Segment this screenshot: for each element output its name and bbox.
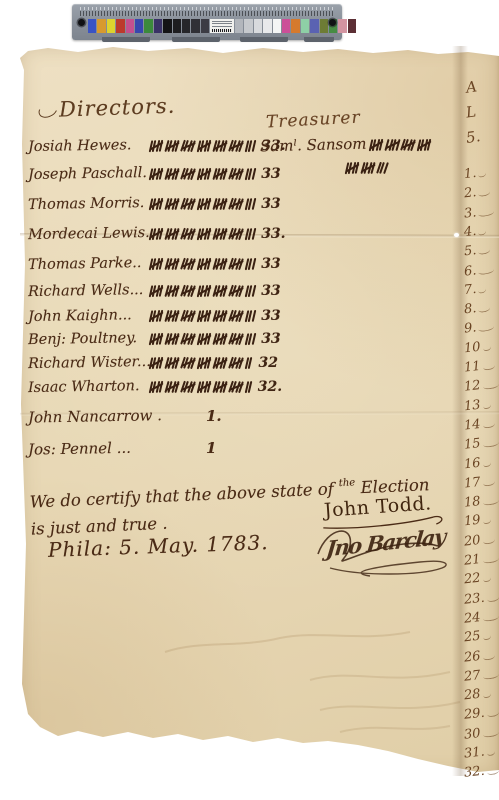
tally-group — [198, 168, 213, 181]
vote-count: 33 — [261, 256, 280, 272]
color-patch — [116, 19, 124, 33]
line-number: 1. — [463, 166, 477, 182]
color-patch — [235, 19, 243, 33]
cutoff-writing-squiggle — [486, 748, 495, 756]
director-row: John Kaighn...33 — [28, 308, 278, 324]
director-row: Thomas Parke..33 — [28, 256, 278, 272]
treasurer-tallies-2 — [346, 162, 390, 174]
color-patch — [282, 19, 290, 33]
inserted-word: the — [339, 477, 356, 489]
tally-stroke — [248, 357, 253, 369]
tally-group — [182, 168, 197, 181]
color-patch — [88, 19, 96, 33]
tally-group — [198, 198, 213, 211]
tally-marks — [150, 258, 258, 270]
tally-group — [214, 285, 228, 297]
color-patch — [244, 19, 252, 33]
cutoff-writing-squiggle — [482, 633, 491, 641]
tally-stroke — [251, 333, 256, 345]
line-number: 8. — [463, 301, 477, 317]
cutoff-writing-squiggle — [482, 459, 491, 467]
tally-marks — [150, 228, 258, 240]
vote-count: 1. — [206, 407, 222, 425]
flourish-icon — [36, 99, 60, 121]
side-page-line-number: 10 — [463, 338, 491, 356]
tally-group — [198, 140, 213, 153]
cutoff-writing-squiggle — [482, 555, 499, 564]
line-number: 20 — [463, 533, 481, 550]
tally-group — [166, 357, 180, 369]
vote-count: 33. — [261, 226, 285, 242]
side-page-line-number: 6. — [463, 261, 495, 279]
directors-heading: Directors. — [38, 94, 176, 123]
bar-tab — [102, 37, 150, 42]
bar-tab — [172, 37, 220, 42]
tally-stroke — [251, 228, 256, 240]
color-patch — [144, 19, 152, 33]
line-number: 4. — [463, 224, 477, 240]
cutoff-writing-squiggle — [482, 382, 499, 391]
side-page-line-number: 20 — [463, 531, 495, 549]
director-name: John Kaighn... — [28, 307, 150, 325]
tally-group — [246, 333, 259, 346]
tally-stroke — [251, 310, 256, 322]
tally-group — [182, 140, 197, 153]
line-number: 13 — [463, 397, 481, 414]
cutoff-writing-squiggle — [482, 420, 495, 428]
side-page-line-number: 17 — [463, 473, 495, 491]
cutoff-writing-squiggle — [482, 439, 499, 448]
line-number: 2. — [463, 185, 477, 201]
director-name: Joseph Paschall. — [28, 165, 150, 183]
screw-hole-icon — [78, 19, 85, 26]
color-patch — [163, 19, 171, 33]
side-page-line-number: 4. — [463, 223, 487, 240]
line-number: 14 — [463, 417, 481, 434]
tally-group — [166, 140, 180, 152]
cutoff-writing-squiggle — [482, 671, 499, 680]
line-number: 16 — [463, 455, 481, 472]
tally-group — [214, 333, 228, 345]
tally-group — [230, 381, 245, 394]
tally-stroke — [248, 381, 253, 393]
tally-group — [150, 285, 165, 298]
tally-group — [166, 228, 180, 240]
vote-count: 32. — [258, 379, 282, 395]
line-number: 6. — [463, 263, 477, 279]
treasurer-name: Samˡ. Sansom — [260, 135, 367, 156]
screw-hole-icon — [329, 19, 336, 26]
tally-group — [246, 198, 259, 211]
side-page-line-number: 3. — [463, 203, 495, 221]
director-row: Benj: Poultney.33 — [28, 331, 278, 347]
tally-stroke — [251, 285, 256, 297]
director-row: Richard Wister...32 — [28, 355, 278, 371]
side-page-line-number: 7. — [463, 281, 487, 298]
tally-group — [230, 310, 245, 323]
tally-stroke — [251, 258, 256, 270]
tally-group — [166, 333, 180, 345]
tally-group — [246, 228, 259, 241]
tally-marks — [150, 198, 258, 210]
color-patch — [126, 19, 134, 33]
side-page-line-number: 16 — [463, 454, 491, 472]
bleed-through-mark — [300, 660, 470, 740]
tally-group — [166, 285, 180, 297]
tally-group — [166, 168, 180, 180]
cutoff-writing-squiggle — [478, 208, 495, 217]
tally-group — [230, 258, 245, 271]
director-name: Thomas Morris. — [28, 195, 150, 213]
tally-group — [150, 140, 165, 153]
vote-count: 33 — [261, 283, 280, 299]
color-patch — [154, 19, 162, 33]
cutoff-writing-squiggle — [482, 575, 491, 583]
card-text-line — [212, 23, 232, 24]
line-number: 22 — [463, 571, 481, 588]
tally-group — [246, 168, 259, 181]
cutoff-writing-squiggle — [482, 478, 495, 486]
cutoff-writing-squiggle — [482, 691, 491, 699]
side-page-line-number: 8. — [463, 300, 491, 318]
color-patch — [107, 19, 115, 33]
minor-candidate-row: John Nancarrow .1. — [28, 407, 222, 425]
tally-stroke — [251, 168, 256, 180]
tally-group — [182, 228, 197, 241]
tally-group — [230, 285, 245, 298]
tally-group — [214, 310, 228, 322]
side-page-line-number: 23. — [463, 589, 499, 608]
calibration-card — [210, 19, 234, 33]
tally-group — [198, 310, 213, 323]
tally-group — [386, 139, 400, 151]
cutoff-writing-squiggle — [482, 536, 495, 544]
cutoff-writing-squiggle — [482, 517, 491, 525]
tally-group — [214, 228, 228, 240]
line-number: 23. — [463, 590, 485, 607]
candidate-name: Jos: Pennel ... — [28, 437, 206, 458]
cutoff-writing-squiggle — [482, 729, 499, 738]
tally-group — [214, 357, 228, 369]
tally-marks — [150, 333, 258, 345]
tally-marks — [150, 357, 256, 369]
director-name: Richard Wister... — [28, 354, 150, 372]
side-page-line-number: 22 — [463, 570, 491, 588]
line-number: 32. — [463, 764, 485, 781]
tally-group — [418, 139, 433, 152]
tally-group — [246, 357, 255, 369]
tally-group — [230, 333, 245, 346]
director-row: Mordecai Lewis..33. — [28, 226, 278, 242]
tally-marks — [150, 310, 258, 322]
line-number: 3. — [463, 205, 477, 221]
tally-group — [214, 140, 228, 152]
tally-group — [182, 357, 197, 370]
card-text-line — [212, 26, 232, 27]
bar-tab — [304, 37, 334, 42]
minor-candidate-row: Jos: Pennel ...1 — [28, 439, 216, 457]
cutoff-writing-squiggle — [482, 362, 495, 370]
tally-group — [246, 310, 259, 323]
director-name: Mordecai Lewis.. — [28, 225, 150, 243]
cutoff-writing-squiggle — [486, 767, 499, 775]
side-page-partial-text: A — [465, 77, 478, 96]
line-number: 24 — [463, 610, 481, 627]
side-page-line-number: 25 — [463, 628, 491, 646]
tally-group — [150, 357, 165, 370]
cutoff-writing-squiggle — [486, 594, 499, 602]
line-number: 17 — [463, 475, 481, 492]
line-number: 18 — [463, 494, 481, 511]
color-patch — [273, 19, 281, 33]
director-row: Thomas Morris.33 — [28, 196, 278, 212]
tally-group — [182, 198, 197, 211]
line-number: 31. — [463, 744, 485, 761]
tally-group — [182, 258, 197, 271]
cutoff-writing-squiggle — [478, 228, 487, 236]
paper-speck — [454, 233, 459, 237]
side-page-line-number: 1. — [463, 165, 487, 182]
side-page-line-number: 2. — [463, 184, 491, 202]
director-row: Richard Wells...33 — [28, 283, 278, 299]
vote-count: 33 — [261, 166, 280, 182]
vote-count: 32 — [259, 355, 278, 371]
tally-group — [150, 168, 165, 181]
line-number: 15 — [463, 436, 481, 453]
director-row: Joseph Paschall.33 — [28, 166, 278, 182]
tally-group — [182, 333, 197, 346]
tally-group — [182, 381, 197, 394]
line-number: 5. — [463, 243, 477, 259]
tally-group — [362, 162, 376, 174]
tally-group — [166, 198, 180, 210]
line-number: 11 — [463, 359, 481, 376]
cutoff-writing-squiggle — [478, 266, 495, 275]
vote-count: 1 — [206, 439, 216, 457]
candidate-name: John Nancarrow . — [28, 405, 206, 426]
tally-group — [230, 168, 245, 181]
tally-group — [214, 198, 228, 210]
color-patch — [173, 19, 181, 33]
tally-group — [150, 333, 165, 346]
cutoff-writing-squiggle — [478, 324, 495, 333]
tally-group — [246, 258, 259, 271]
signature-secondary: Jno Barclay — [310, 524, 460, 580]
color-patch — [320, 19, 328, 33]
line-number: 25 — [463, 629, 481, 646]
color-patch — [301, 19, 309, 33]
tally-group — [246, 140, 259, 153]
cutoff-writing-squiggle — [478, 247, 491, 255]
tally-group — [230, 198, 245, 211]
director-name: Isaac Wharton. — [28, 378, 150, 396]
color-patch — [201, 19, 209, 33]
director-name: Josiah Hewes. — [28, 137, 150, 155]
director-name: Benj: Poultney. — [28, 330, 150, 348]
director-row: Josiah Hewes.33. — [28, 138, 278, 154]
cutoff-writing-squiggle — [486, 710, 499, 718]
tally-group — [150, 310, 165, 323]
tally-marks — [150, 285, 258, 297]
color-patch — [97, 19, 105, 33]
director-row: Isaac Wharton.32. — [28, 379, 278, 395]
line-number: 12 — [463, 378, 481, 395]
tally-group — [198, 357, 213, 370]
tally-group — [150, 228, 165, 241]
tally-stroke — [251, 140, 256, 152]
cutoff-writing-squiggle — [478, 189, 491, 197]
director-name: Richard Wells... — [28, 282, 150, 300]
cutoff-writing-squiggle — [482, 343, 491, 351]
tally-group — [150, 258, 165, 271]
tally-group — [198, 381, 213, 394]
tally-group — [370, 139, 385, 152]
tally-group — [246, 285, 259, 298]
tally-group — [166, 310, 180, 322]
ruler-ticks — [80, 7, 334, 16]
cutoff-writing-squiggle — [482, 401, 491, 409]
archival-scan: { "scan": { "colorbar": { "name": "color… — [0, 0, 499, 800]
tally-marks — [150, 168, 258, 180]
tally-group — [346, 162, 361, 175]
color-patch — [338, 19, 346, 33]
tally-marks — [150, 140, 258, 152]
card-text-line — [212, 21, 232, 22]
certification-line1: We do certify that the above state of — [29, 479, 334, 511]
tally-group — [230, 228, 245, 241]
color-patch — [348, 19, 356, 33]
tally-group — [182, 285, 197, 298]
colorbar-patches — [88, 19, 326, 33]
side-page-partial-text: 5. — [465, 127, 482, 147]
color-patch — [254, 19, 262, 33]
line-number: 10 — [463, 339, 481, 356]
tally-group — [166, 381, 180, 393]
tally-group — [150, 381, 165, 394]
cutoff-writing-squiggle — [482, 652, 495, 660]
color-patch — [291, 19, 299, 33]
vote-count: 33 — [261, 331, 280, 347]
tally-group — [182, 310, 197, 323]
vote-count: 33 — [261, 196, 280, 212]
tally-group — [214, 168, 228, 180]
treasurer-row: Samˡ. Sansom — [260, 136, 496, 154]
side-page-line-number: 32. — [463, 763, 499, 782]
color-patch — [310, 19, 318, 33]
side-page-line-number: 5. — [463, 242, 491, 260]
cutoff-writing-squiggle — [478, 286, 487, 294]
line-number: 19 — [463, 513, 481, 530]
vote-count: 33 — [261, 308, 280, 324]
line-number: 21 — [463, 552, 481, 569]
tally-group — [150, 198, 165, 211]
color-patch — [263, 19, 271, 33]
tally-group — [198, 285, 213, 298]
color-patch — [182, 19, 190, 33]
tally-group — [378, 162, 391, 175]
line-number: 7. — [463, 282, 477, 298]
side-page-line-number: 13 — [463, 396, 491, 414]
cutoff-writing-squiggle — [478, 305, 491, 313]
color-patch — [135, 19, 143, 33]
tally-marks — [150, 381, 255, 393]
tally-group — [214, 381, 228, 393]
line-number: 9. — [463, 321, 477, 337]
cutoff-writing-squiggle — [482, 497, 499, 506]
side-page-line-number: 11 — [463, 357, 495, 375]
tally-group — [230, 140, 245, 153]
cutoff-writing-squiggle — [482, 613, 499, 622]
director-name: Thomas Parke.. — [28, 255, 150, 273]
bar-tab — [240, 37, 288, 42]
tally-group — [198, 333, 213, 346]
color-patch — [191, 19, 199, 33]
tally-group — [214, 258, 228, 270]
tally-stroke — [251, 198, 256, 210]
tally-group — [246, 381, 255, 393]
side-page-line-number: 31. — [463, 743, 495, 761]
color-calibration-bar — [72, 4, 342, 40]
tally-group — [402, 139, 417, 152]
card-barcode — [212, 29, 232, 32]
side-page-line-number: 14 — [463, 415, 495, 433]
cutoff-writing-squiggle — [478, 170, 487, 178]
tally-group — [198, 258, 213, 271]
tally-group — [198, 228, 213, 241]
tally-group — [230, 357, 245, 370]
tally-group — [166, 258, 180, 270]
